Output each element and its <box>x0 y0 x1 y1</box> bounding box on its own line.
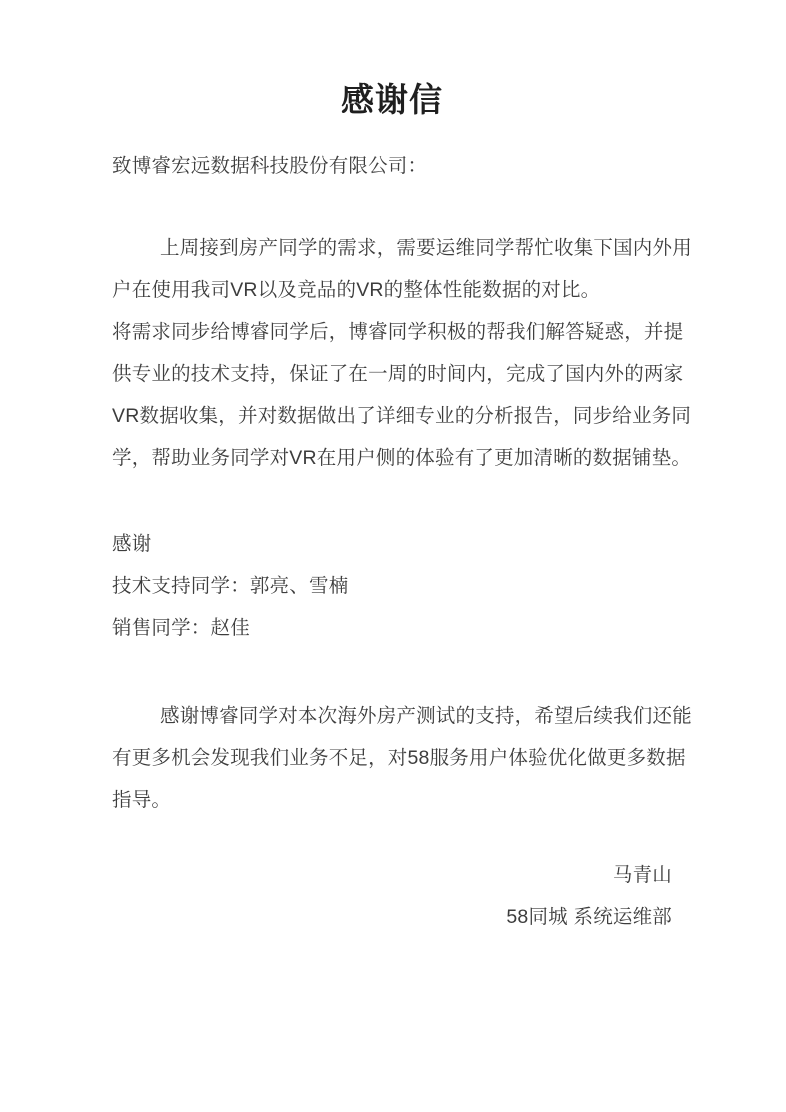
paragraph-line: VR数据收集，并对数据做出了详细专业的分析报告，同步给业务同 <box>112 395 672 437</box>
letter-page: 感谢信 致博睿宏远数据科技股份有限公司： 上周接到房产同学的需求，需要运维同学帮… <box>0 0 786 1112</box>
paragraph-line: 感谢博睿同学对本次海外房产测试的支持，希望后续我们还能 <box>112 695 672 737</box>
thanks-block: 感谢 技术支持同学：郭亮、雪楠 销售同学：赵佳 <box>112 523 672 649</box>
paragraph-1: 上周接到房产同学的需求，需要运维同学帮忙收集下国内外用 户在使用我司VR以及竞品… <box>112 227 672 311</box>
letter-title: 感谢信 <box>112 0 672 120</box>
paragraph-line: 将需求同步给博睿同学后，博睿同学积极的帮我们解答疑惑，并提 <box>112 311 672 353</box>
paragraph-line: 上周接到房产同学的需求，需要运维同学帮忙收集下国内外用 <box>112 227 672 269</box>
salutation-line: 致博睿宏远数据科技股份有限公司： <box>112 145 672 187</box>
signature-org: 58同城 系统运维部 <box>112 896 672 938</box>
signature-block: 马青山 58同城 系统运维部 <box>112 854 672 938</box>
paragraph-line: 有更多机会发现我们业务不足，对58服务用户体验优化做更多数据 <box>112 737 672 779</box>
closing-paragraph: 感谢博睿同学对本次海外房产测试的支持，希望后续我们还能 有更多机会发现我们业务不… <box>112 695 672 821</box>
paragraph-2: 将需求同步给博睿同学后，博睿同学积极的帮我们解答疑惑，并提 供专业的技术支持，保… <box>112 311 672 479</box>
paragraph-line: 户在使用我司VR以及竞品的VR的整体性能数据的对比。 <box>112 269 672 311</box>
paragraph-line: 学，帮助业务同学对VR在用户侧的体验有了更加清晰的数据铺垫。 <box>112 437 672 479</box>
sales-line: 销售同学：赵佳 <box>112 607 672 649</box>
signature-name: 马青山 <box>112 854 672 896</box>
paragraph-line: 指导。 <box>112 779 672 821</box>
tech-support-line: 技术支持同学：郭亮、雪楠 <box>112 565 672 607</box>
paragraph-line: 供专业的技术支持，保证了在一周的时间内，完成了国内外的两家 <box>112 353 672 395</box>
thanks-heading: 感谢 <box>112 523 672 565</box>
